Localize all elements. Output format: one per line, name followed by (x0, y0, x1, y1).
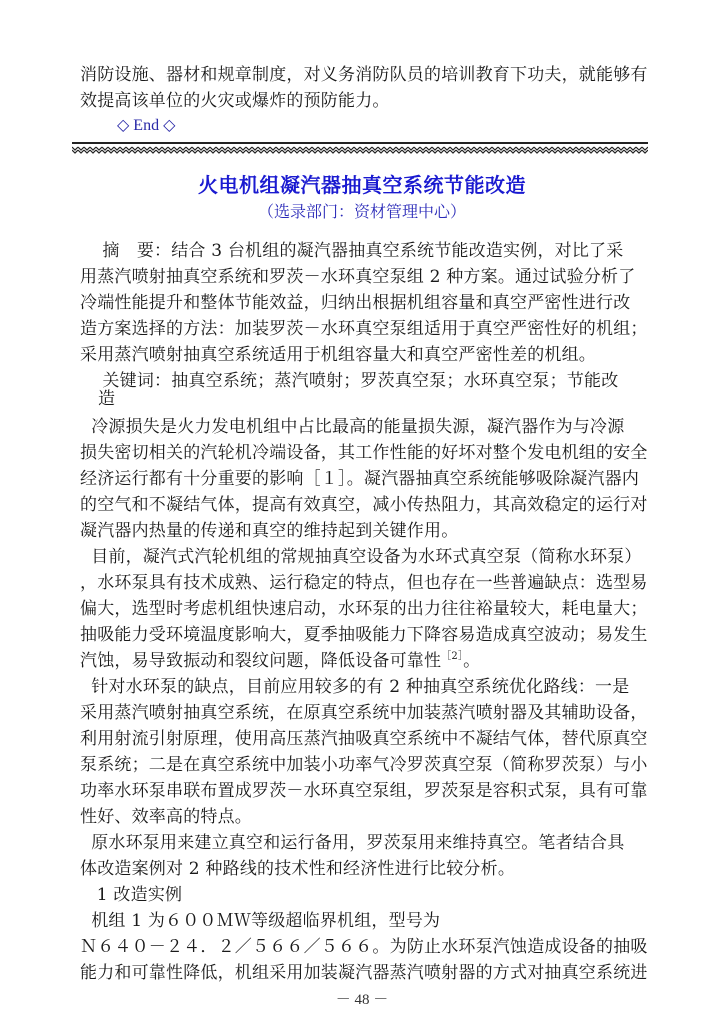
body-line: Ｎ６４０－２４．２／５６６／５６６。为防止水环泵汽蚀造成设备的抽吸 (80, 934, 650, 960)
body-line: 凝汽器内热量的传递和真空的维持起到关键作用。 (80, 518, 650, 544)
body-line: 体改造案例对 2 种路线的技术性和经济性进行比较分析。 (80, 856, 650, 882)
body-line: 损失密切相关的汽轮机冷端设备，其工作性能的好坏对整个发电机组的安全 (80, 440, 650, 466)
keywords-line: 造 (98, 386, 668, 412)
end-marker: ◇ End ◇ (117, 114, 175, 138)
body-line: 针对水环泵的缺点，目前应用较多的有 2 种抽真空系统优化路线：一是 (80, 674, 650, 700)
abstract-line: 采用蒸汽喷射抽真空系统适用于机组容量大和真空严密性差的机组。 (80, 342, 650, 368)
body-line-with-citation: 汽蚀，易导致振动和裂纹问题，降低设备可靠性［2］。 (80, 648, 650, 674)
citation-ref-2: ［2］ (441, 651, 463, 662)
document-page: 消防设施、器材和规章制度，对义务消防队员的培训教育下功夫，就能够有 效提高该单位… (0, 0, 724, 1024)
body-line: 能力和可靠性降低，机组采用加装凝汽器蒸汽喷射器的方式对抽真空系统进 (80, 960, 650, 986)
abstract-line: 摘 要：结合 3 台机组的凝汽器抽真空系统节能改造实例，对比了采 (80, 238, 650, 264)
body-line: 的空气和不凝结气体，提高有效真空，减小传热阻力，其高效稳定的运行对 (80, 492, 650, 518)
body-line: 机组 1 为６００ＭＷ等级超临界机组，型号为 (80, 908, 650, 934)
body-line: 采用蒸汽喷射抽真空系统，在原真空系统中加装蒸汽喷射器及其辅助设备， (80, 700, 650, 726)
body-line-tail: 。 (463, 651, 480, 671)
abstract-line: 造方案选择的方法：加装罗茨－水环真空泵组适用于真空严密性好的机组； (80, 316, 650, 342)
page-number: － 48 － (0, 990, 724, 1010)
body-line: 经济运行都有十分重要的影响［１］。凝汽器抽真空系统能够吸除凝汽器内 (80, 466, 650, 492)
previous-article-line-1: 消防设施、器材和规章制度，对义务消防队员的培训教育下功夫，就能够有 (80, 62, 650, 88)
section-heading: 1 改造实例 (80, 882, 650, 908)
previous-article-line-2: 效提高该单位的火灾或爆炸的预防能力。 (80, 88, 650, 114)
abstract-line: 用蒸汽喷射抽真空系统和罗茨－水环真空泵组 2 种方案。通过试验分析了 (80, 264, 650, 290)
body-line: 原水环泵用来建立真空和运行备用，罗茨泵用来维持真空。笔者结合具 (80, 830, 650, 856)
abstract-line: 冷端性能提升和整体节能效益，归纳出根据机组容量和真空严密性进行改 (80, 290, 650, 316)
body-line: 功率水环泵串联布置成罗茨－水环真空泵组，罗茨泵是容积式泵，具有可靠 (80, 778, 650, 804)
body-line-text: 汽蚀，易导致振动和裂纹问题，降低设备可靠性 (80, 651, 441, 671)
divider-zigzag-icon (72, 146, 648, 154)
body-line: 利用射流引射原理，使用高压蒸汽抽吸真空系统中不凝结气体，替代原真空 (80, 726, 650, 752)
article-subtitle: （选录部门：资材管理中心） (0, 200, 724, 224)
body-line: ，水环泵具有技术成熟、运行稳定的特点，但也存在一些普遍缺点：选型易 (80, 570, 650, 596)
body-line: 冷源损失是火力发电机组中占比最高的能量损失源，凝汽器作为与冷源 (80, 414, 650, 440)
body-line: 偏大，选型时考虑机组快速启动，水环泵的出力往往裕量较大，耗电量大； (80, 596, 650, 622)
body-line: 性好、效率高的特点。 (80, 804, 650, 830)
section-divider (72, 142, 648, 156)
body-line: 抽吸能力受环境温度影响大，夏季抽吸能力下降容易造成真空波动；易发生 (80, 622, 650, 648)
article-title: 火电机组凝汽器抽真空系统节能改造 (0, 171, 724, 199)
divider-solid-line (72, 142, 648, 144)
body-line: 目前，凝汽式汽轮机组的常规抽真空设备为水环式真空泵（简称水环泵） (80, 544, 650, 570)
body-line: 泵系统；二是在真空系统中加装小功率气冷罗茨真空泵（简称罗茨泵）与小 (80, 752, 650, 778)
